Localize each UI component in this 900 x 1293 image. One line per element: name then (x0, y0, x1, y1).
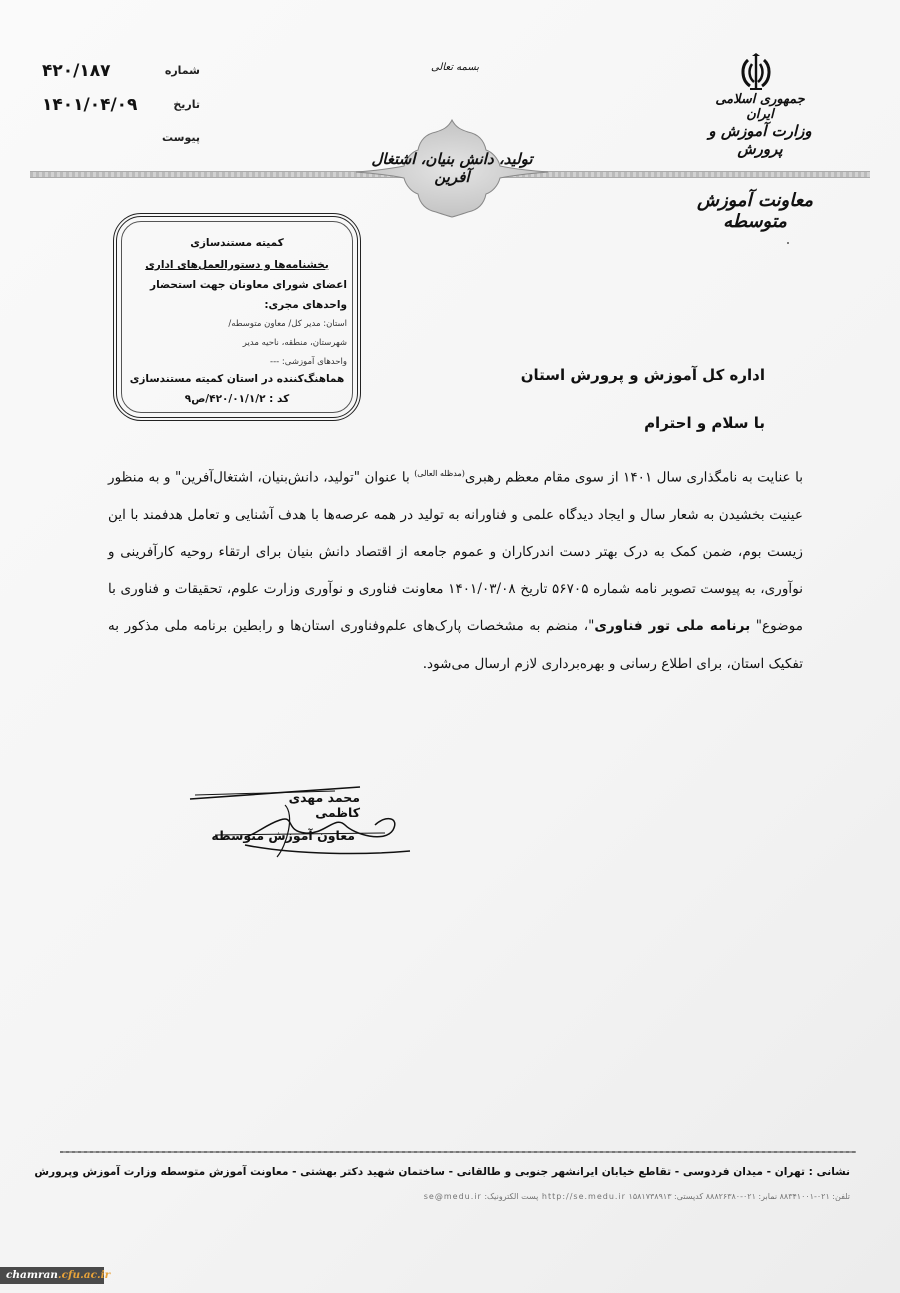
stamp-line-7: واحدهای آموزشی: --- (127, 357, 347, 367)
watermark-prefix: chamran (6, 1269, 58, 1281)
footer-contacts: تلفن: ۰۲۱-۸۸۳۴۱۰۰۱ نمابر: ۰۲۱-۸۸۸۲۶۳۸۰ ک… (70, 1192, 850, 1201)
stamp-line-6: شهرستان، منطقه، ناحیه مدیر (127, 338, 347, 348)
handwritten-signature (185, 775, 425, 865)
attachment-label: پیوست (140, 131, 200, 144)
body-part-2: با عنوان "تولید، دانش‌بنیان، اشتغال‌آفری… (108, 470, 803, 635)
stamp-code: کد : ۴۲۰/۰۱/۱/۲/ص۹ (127, 393, 347, 405)
body-part-1: با عنایت به نامگذاری سال ۱۴۰۱ از سوی مقا… (465, 470, 803, 486)
number-value: ۴۲۰/۱۸۷ (42, 61, 110, 81)
basmala: بسمه تعالی (420, 62, 490, 73)
watermark-suffix: .cfu.ac.ir (58, 1269, 110, 1281)
honorific: (مدظله العالی) (414, 469, 465, 478)
org-name-republic: جمهوری اسلامی ایران (700, 92, 820, 122)
date-value: ۱۴۰۱/۰۴/۰۹ (42, 95, 137, 115)
department-name: معاونت آموزش متوسطه (670, 190, 840, 232)
speck (787, 242, 789, 244)
footer-address: نشانی : تهران - میدان فردوسی - تقاطع خیا… (70, 1166, 850, 1178)
stamp-line-4: واحدهای مجری: (127, 299, 347, 311)
site-watermark: chamran.cfu.ac.ir (0, 1267, 104, 1284)
org-name-ministry: وزارت آموزش و پرورش (695, 122, 825, 158)
stamp-subtitle: بخشنامه‌ها و دستورالعمل‌های اداری (127, 259, 347, 271)
date-label: تاریخ (140, 98, 200, 111)
footer-divider (60, 1151, 856, 1153)
stamp-line-8: هماهنگ‌کننده در استان کمیته مستندسازی (127, 373, 347, 385)
greeting: با سلام و احترام (560, 414, 765, 432)
slogan-text: تولید، دانش بنیان، اشتغال آفرین (352, 150, 552, 186)
iran-emblem-icon (738, 52, 774, 92)
documentation-committee-stamp: کمیته مستندسازی بخشنامه‌ها و دستورالعمل‌… (113, 213, 361, 421)
number-label: شماره (140, 64, 200, 77)
stamp-line-5: استان: مدیر کل/ معاون متوسطه/ (127, 319, 347, 329)
subject-title: برنامه ملی تور فناوری (594, 618, 750, 634)
stamp-line-3: اعضای شورای معاونان جهت استحضار (127, 279, 347, 291)
letter-body: با عنایت به نامگذاری سال ۱۴۰۱ از سوی مقا… (108, 455, 803, 683)
stamp-title: کمیته مستندسازی (127, 237, 347, 249)
recipient: اداره کل آموزش و پرورش استان (500, 366, 765, 384)
